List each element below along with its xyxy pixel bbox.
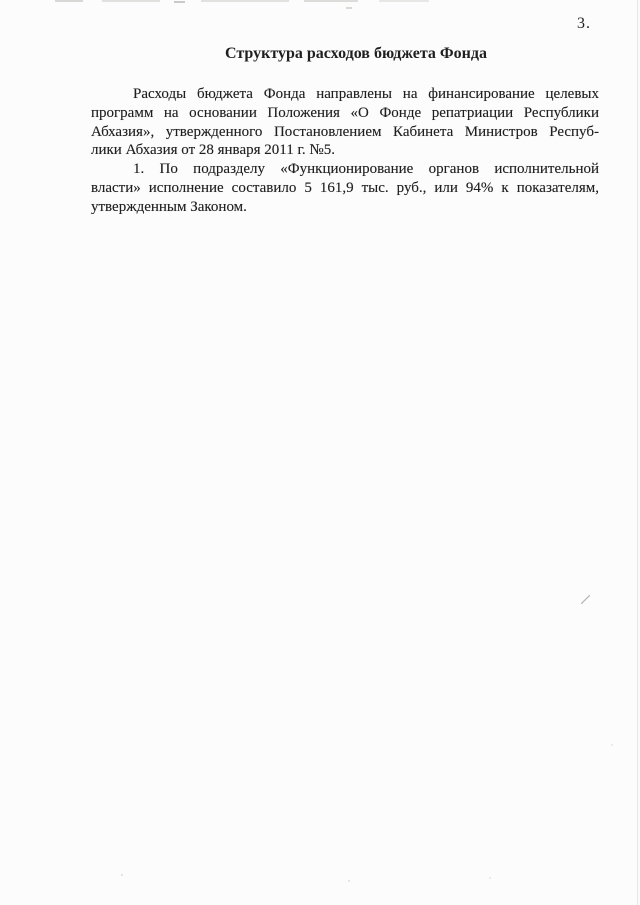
scan-edge-line bbox=[637, 0, 638, 905]
paragraph: Расходы бюджета Фонда направлены на фина… bbox=[91, 85, 599, 160]
paragraph-line: Расходы бюджета Фонда направлены на фина… bbox=[91, 85, 599, 104]
paragraph-line: программ на основании Положения «О Фонде… bbox=[91, 104, 599, 123]
paragraph: 1. По подразделу «Функционирование орган… bbox=[91, 160, 599, 216]
scan-artifact-speck bbox=[121, 874, 123, 876]
paragraph-line: 1. По подразделу «Функционирование орган… bbox=[91, 160, 599, 179]
scan-artifact-top-dash bbox=[174, 1, 185, 3]
document-title: Структура расходов бюджета Фонда bbox=[102, 44, 610, 64]
scan-artifact-speck bbox=[581, 595, 590, 604]
paragraph-line: утвержденным Законом. bbox=[91, 198, 599, 217]
scan-artifact-speck bbox=[346, 7, 352, 9]
scan-artifact-speck bbox=[489, 877, 491, 879]
document-page: 3. Структура расходов бюджета Фонда Расх… bbox=[0, 0, 640, 905]
page-number: 3. bbox=[577, 15, 591, 33]
body-text: Расходы бюджета Фонда направлены на фина… bbox=[91, 85, 599, 217]
scan-artifact-speck bbox=[611, 744, 613, 746]
paragraph-line: лики Абхазия от 28 января 2011 г. №5. bbox=[91, 141, 599, 160]
scan-artifact-top-dash bbox=[102, 0, 160, 2]
paragraph-line: Абхазия», утвержденного Постановлением К… bbox=[91, 123, 599, 142]
scan-artifact-top-dash bbox=[304, 0, 358, 2]
scan-artifact-top-dash bbox=[201, 0, 289, 2]
scan-artifact-top-dash bbox=[379, 0, 429, 2]
scan-artifact-top-dash bbox=[55, 0, 83, 2]
scan-artifact-speck bbox=[348, 880, 350, 882]
paragraph-line: власти» исполнение составило 5 161,9 тыс… bbox=[91, 179, 599, 198]
